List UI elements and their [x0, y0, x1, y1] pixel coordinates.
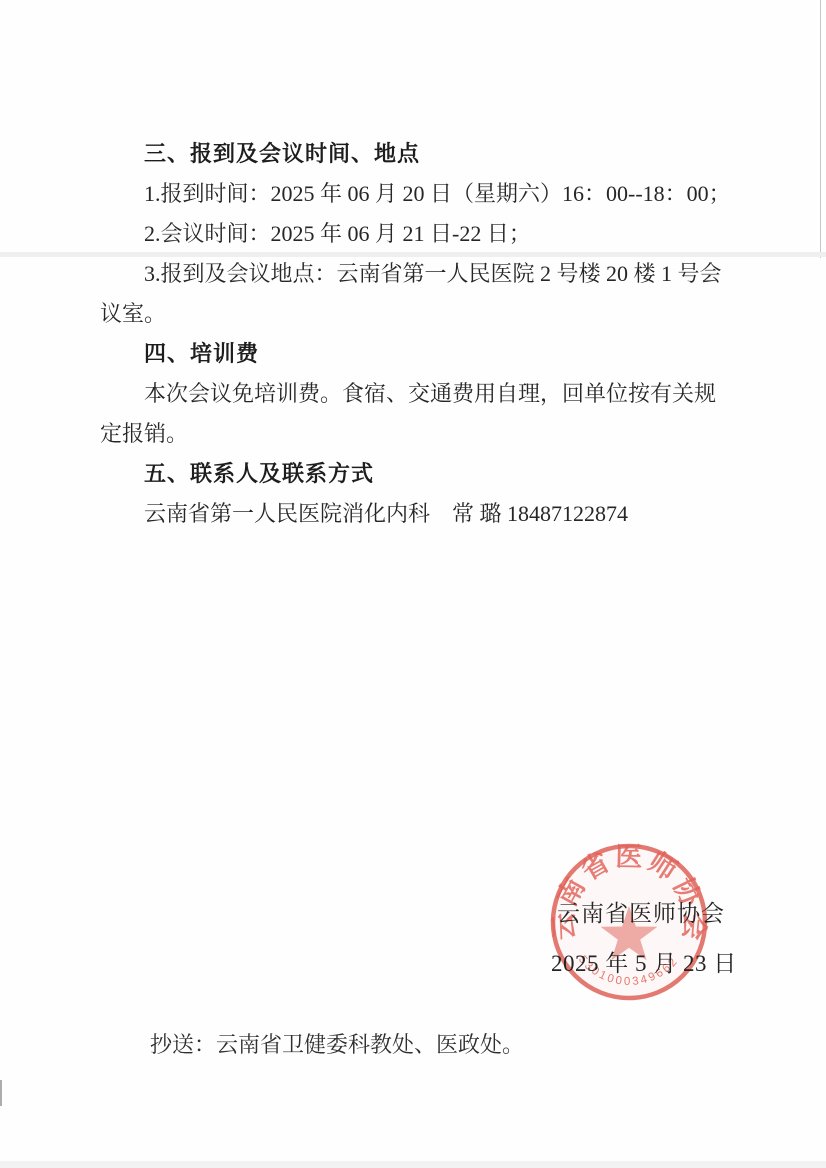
signature-date: 2025 年 5 月 23 日 [551, 945, 737, 978]
body-line: 1.报到时间：2025 年 06 月 20 日（星期六）16：00--18：00… [100, 174, 762, 214]
section-heading: 四、培训费 [100, 334, 762, 374]
scan-artifact-left-tick [0, 1080, 2, 1106]
cc-line: 抄送：云南省卫健委科教处、医政处。 [150, 1028, 524, 1059]
body-line: 定报销。 [100, 414, 762, 454]
section-heading: 五、联系人及联系方式 [100, 454, 762, 494]
body-line: 议室。 [100, 294, 762, 334]
section-heading: 三、报到及会议时间、地点 [100, 134, 762, 174]
body-line: 本次会议免培训费。食宿、交通费用自理，回单位按有关规 [100, 374, 762, 414]
scan-artifact-bottom-band [0, 1161, 826, 1168]
document-page: 三、报到及会议时间、地点1.报到时间：2025 年 06 月 20 日（星期六）… [0, 0, 826, 1168]
signature-org: 云南省医师协会 [557, 895, 725, 928]
document-body: 三、报到及会议时间、地点1.报到时间：2025 年 06 月 20 日（星期六）… [100, 134, 762, 534]
body-line: 云南省第一人民医院消化内科 常 璐 18487122874 [100, 494, 762, 534]
body-line: 2.会议时间：2025 年 06 月 21 日-22 日； [100, 214, 762, 254]
body-line: 3.报到及会议地点：云南省第一人民医院 2 号楼 20 楼 1 号会 [100, 254, 762, 294]
scan-artifact-vertical-line [820, 0, 821, 258]
